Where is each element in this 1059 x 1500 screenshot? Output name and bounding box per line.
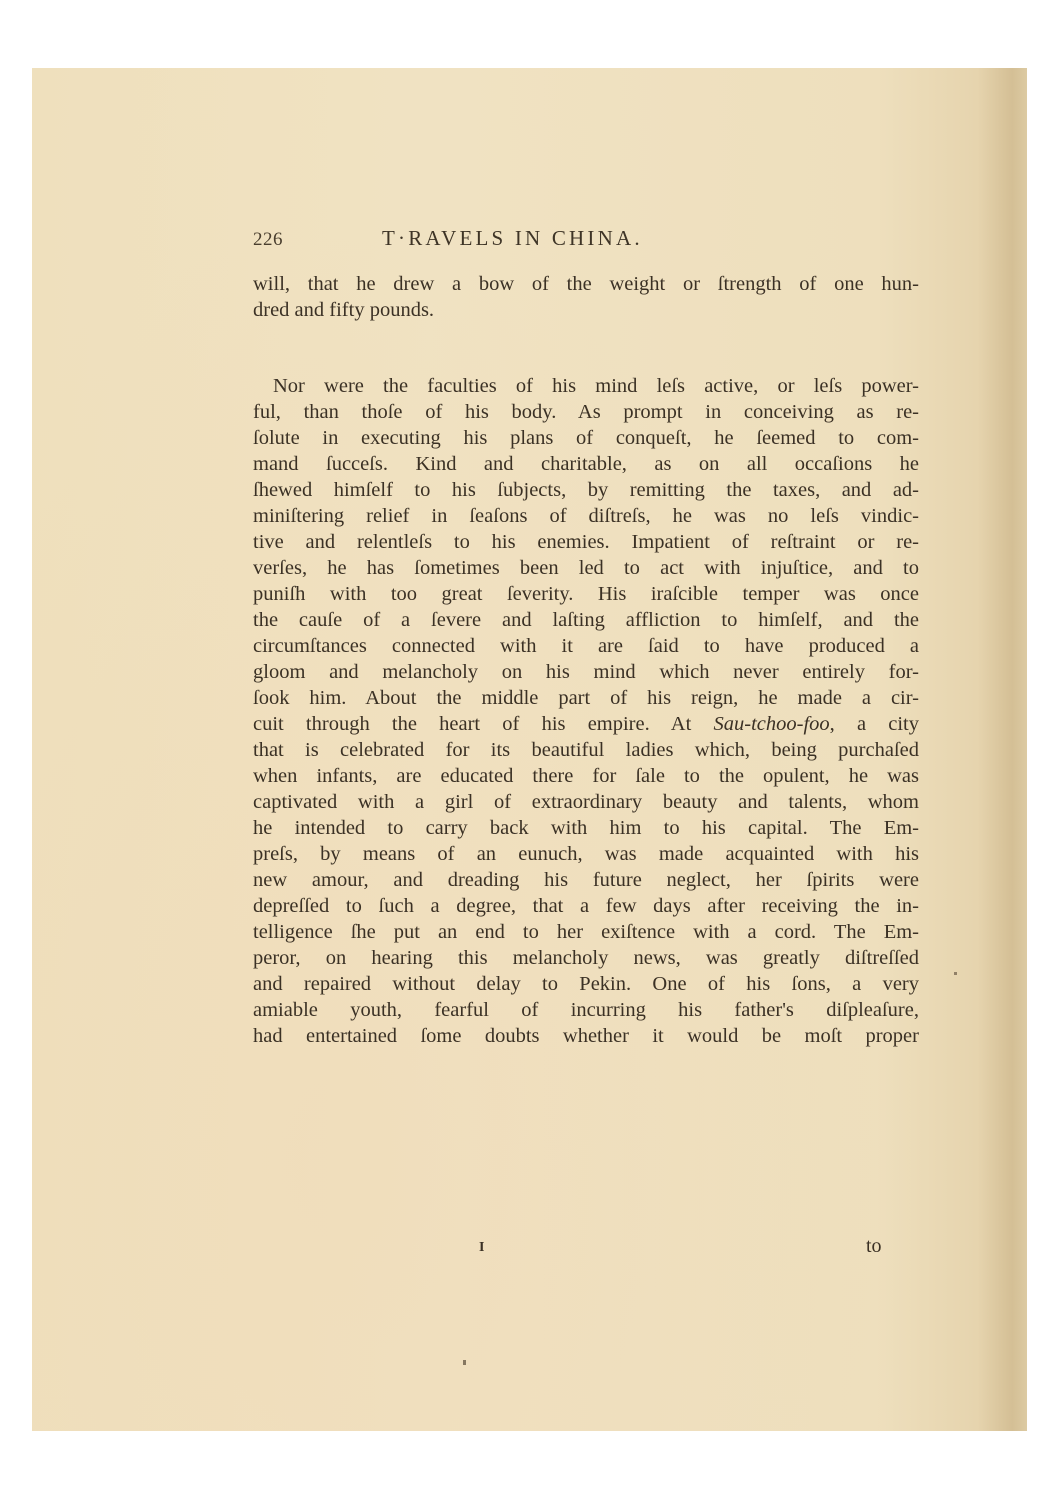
print-speck — [954, 972, 957, 975]
text-line: cuit through the heart of his empire. At… — [253, 711, 919, 737]
text-line: circumſtances connected with it are ſaid… — [253, 633, 919, 659]
text-line: preſs, by means of an eunuch, was made a… — [253, 841, 919, 867]
text-line: new amour, and dreading his future negle… — [253, 867, 919, 893]
text-line: amiable youth, fearful of incurring his … — [253, 997, 919, 1023]
text-line: peror, on hearing this melancholy news, … — [253, 945, 919, 971]
running-head: T·RAVELS IN CHINA. — [382, 226, 643, 251]
text-line: ſhewed himſelf to his ſubjects, by remit… — [253, 477, 919, 503]
text-line: ſook him. About the middle part of his r… — [253, 685, 919, 711]
print-speck — [463, 1360, 466, 1365]
text-line: captivated with a girl of extraordinary … — [253, 789, 919, 815]
text-segment: cuit through the heart of his empire. At — [253, 713, 691, 735]
text-line: he intended to carry back with him to hi… — [253, 815, 919, 841]
text-line: dred and fifty pounds. — [253, 297, 919, 323]
place-name: Sau-tchoo-foo — [714, 713, 830, 735]
text-line: tive and relentleſs to his enemies. Impa… — [253, 529, 919, 555]
text-line: when infants, are educated there for ſal… — [253, 763, 919, 789]
text-line: gloom and melancholy on his mind which n… — [253, 659, 919, 685]
page-number: 226 — [253, 229, 283, 251]
text-line: depreſſed to ſuch a degree, that a few d… — [253, 893, 919, 919]
text-line: and repaired without delay to Pekin. One… — [253, 971, 919, 997]
text-line: puniſh with too great ſeverity. His iraſ… — [253, 581, 919, 607]
text-line: ſolute in executing his plans of conqueſ… — [253, 425, 919, 451]
text-line: verſes, he has ſometimes been led to act… — [253, 555, 919, 581]
text-line: had entertained ſome doubts whether it w… — [253, 1023, 919, 1049]
text-line: miniſtering relief in ſeaſons of diſtreſ… — [253, 503, 919, 529]
text-line: the cauſe of a ſevere and laſting afflic… — [253, 607, 919, 633]
text-segment: , a city — [830, 713, 919, 735]
text-line: Nor were the faculties of his mind leſs … — [253, 373, 919, 399]
text-line: ful, than thoſe of his body. As prompt i… — [253, 399, 919, 425]
text-line: that is celebrated for its beautiful lad… — [253, 737, 919, 763]
catchword: to — [866, 1235, 882, 1258]
text-line: will, that he drew a bow of the weight o… — [253, 271, 919, 297]
text-line: telligence ſhe put an end to her exiſten… — [253, 919, 919, 945]
signature-mark: I — [479, 1240, 484, 1256]
text-line: mand ſucceſs. Kind and charitable, as on… — [253, 451, 919, 477]
